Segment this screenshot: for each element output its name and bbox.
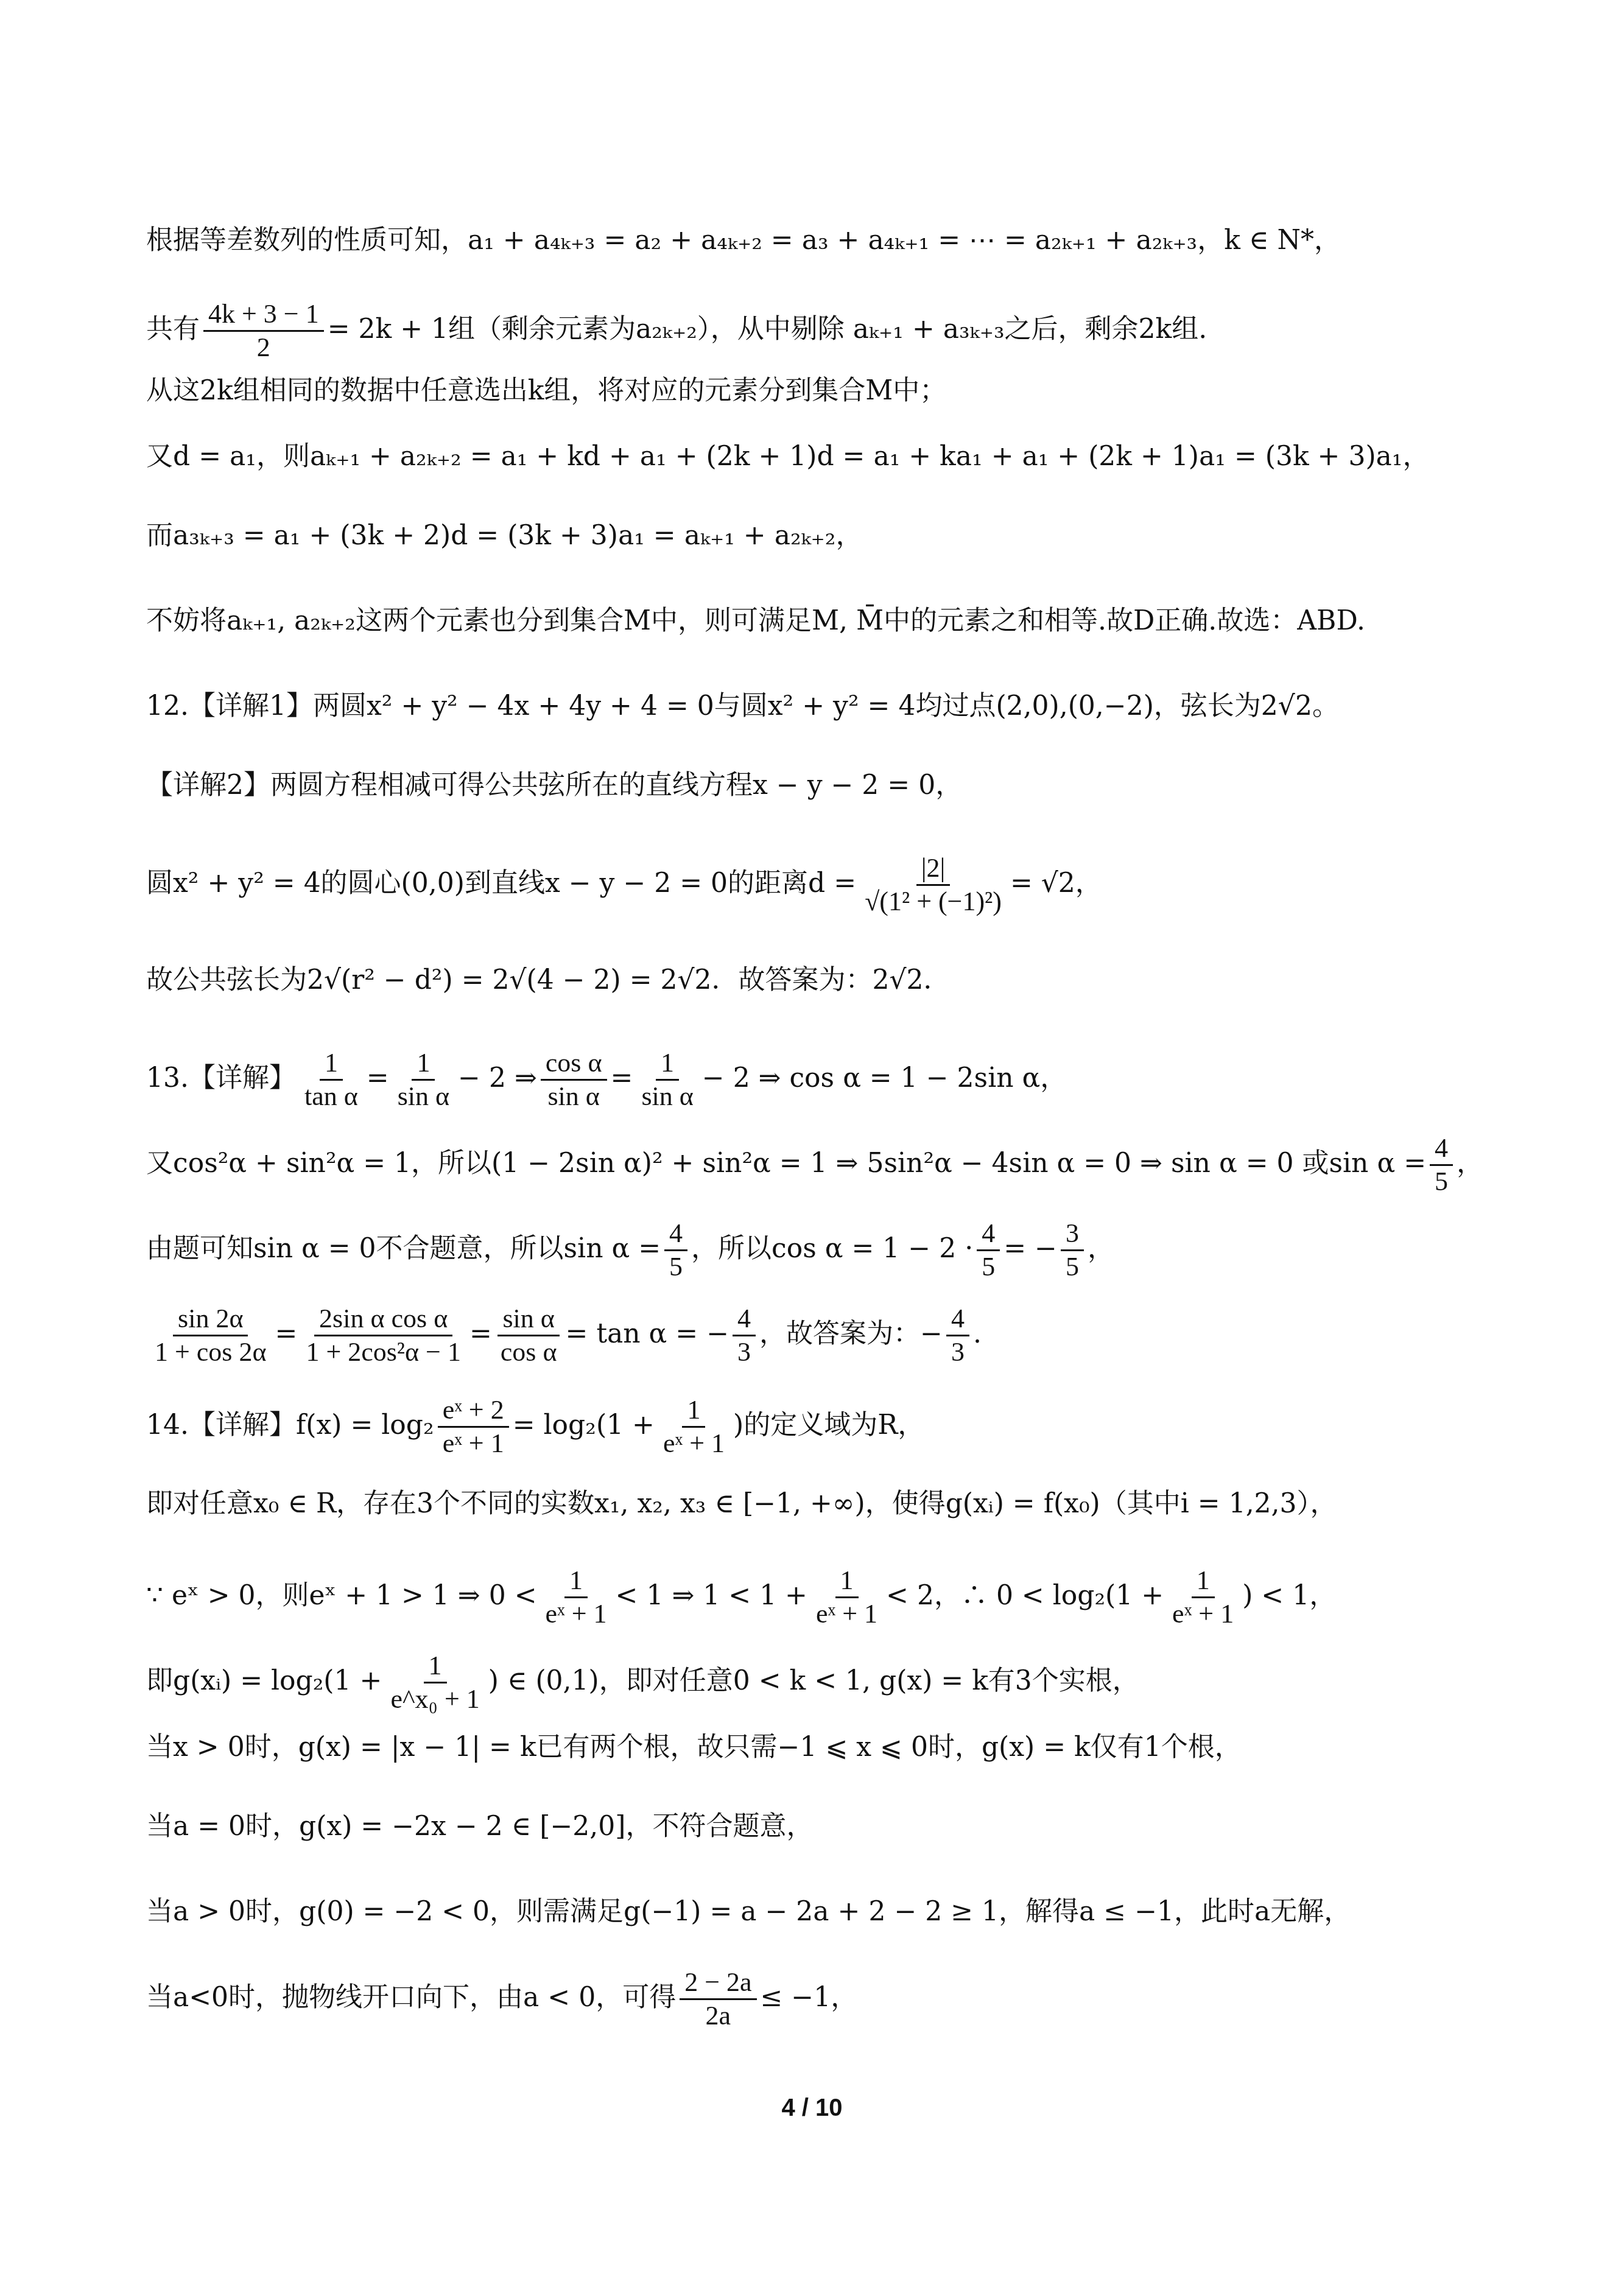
text-line-q13-identity: 又cos²α + sin²α = 1，所以(1 − 2sin α)² + sin… xyxy=(146,1132,1483,1198)
text-line-answer-abd: 不妨将aₖ₊₁, a₂ₖ₊₂这两个元素也分到集合M中，则可满足M, M̄中的元素… xyxy=(146,603,1365,639)
text: 12.【详解1】两圆x² + y² − 4x + 4y + 4 = 0与圆x² … xyxy=(146,690,1339,721)
numerator: 4 xyxy=(946,1303,969,1336)
numerator: 1 xyxy=(835,1565,859,1598)
text-line-q14-condition: 即对任意x₀ ∈ R，存在3个不同的实数x₁, x₂, x₃ ∈ [−1, +∞… xyxy=(146,1486,1337,1522)
text: 即g(xᵢ) = log₂(1 + xyxy=(146,1665,382,1696)
text: = √2， xyxy=(1010,868,1102,899)
text: − 2 ⇒ cos α = 1 − 2sin α， xyxy=(702,1062,1067,1094)
text-line-q14-x-positive: 当x > 0时，g(x) = |x − 1| = k已有两个根，故只需−1 ⩽ … xyxy=(146,1729,1242,1766)
text-line-arithmetic-property: 根据等差数列的性质可知，a₁ + a₄ₖ₊₃ = a₂ + a₄ₖ₊₂ = a₃… xyxy=(146,222,1341,259)
text: ，故答案为：− xyxy=(759,1318,943,1349)
numerator: 4 xyxy=(1430,1132,1453,1166)
text: 当a<0时，抛物线开口向下，由a < 0，可得 xyxy=(146,1982,676,2013)
text: 又cos²α + sin²α = 1，所以(1 − 2sin α)² + sin… xyxy=(146,1148,1426,1179)
text: 不妨将aₖ₊₁, a₂ₖ₊₂这两个元素也分到集合M中，则可满足M, M̄中的元素… xyxy=(146,605,1365,636)
fraction: 1tan α xyxy=(300,1047,363,1112)
denominator: 3 xyxy=(733,1336,756,1368)
numerator: |2| xyxy=(916,852,951,886)
text-line-q13-start: 13.【详解】1tan α=1sin α− 2 ⇒cos αsin α=1sin… xyxy=(146,1047,1067,1112)
numerator: eˣ + 2 xyxy=(438,1394,509,1428)
text: ≤ −1， xyxy=(761,1982,858,2013)
text: 故公共弦长为2√(r² − d²) = 2√(4 − 2) = 2√2．故答案为… xyxy=(146,964,951,995)
text: 当x > 0时，g(x) = |x − 1| = k已有两个根，故只需−1 ⩽ … xyxy=(146,1732,1242,1763)
text: 由题可知sin α = 0不合题意，所以sin α = xyxy=(146,1233,661,1264)
numerator: 4 xyxy=(733,1303,756,1336)
fraction: |2|√(1² + (−1)²) xyxy=(860,852,1007,918)
numerator: 4 xyxy=(664,1218,687,1251)
numerator: 1 xyxy=(424,1650,447,1683)
text: 即对任意x₀ ∈ R，存在3个不同的实数x₁, x₂, x₃ ∈ [−1, +∞… xyxy=(146,1488,1337,1519)
text: − 2 ⇒ xyxy=(458,1062,537,1094)
text: 从这2k组相同的数据中任意选出k组，将对应的元素分到集合M中； xyxy=(146,375,946,406)
text-line-q12-solution1: 12.【详解1】两圆x² + y² − 4x + 4y + 4 = 0与圆x² … xyxy=(146,688,1339,725)
fraction: 1e^x₀ + 1 xyxy=(385,1650,484,1715)
denominator: 5 xyxy=(1430,1166,1453,1198)
numerator: cos α xyxy=(541,1047,607,1081)
fraction: eˣ + 2eˣ + 1 xyxy=(438,1394,509,1459)
text: 当a > 0时，g(0) = −2 < 0，则需满足g(−1) = a − 2a… xyxy=(146,1896,1351,1927)
numerator: 4k + 3 − 1 xyxy=(203,298,324,332)
denominator: tan α xyxy=(300,1081,363,1112)
text: . xyxy=(973,1318,982,1349)
denominator: cos α xyxy=(496,1336,562,1368)
text-line-select-groups: 从这2k组相同的数据中任意选出k组，将对应的元素分到集合M中； xyxy=(146,373,946,409)
text: ) < 1， xyxy=(1242,1580,1336,1611)
numerator: 1 xyxy=(412,1047,435,1081)
text: 14.【详解】f(x) = log₂ xyxy=(146,1410,434,1441)
denominator: eˣ + 1 xyxy=(438,1428,509,1459)
text-line-q13-answer: sin 2α1 + cos 2α=2sin α cos α1 + 2cos²α … xyxy=(146,1303,982,1368)
numerator: 1 xyxy=(656,1047,679,1081)
fraction: 43 xyxy=(733,1303,756,1368)
denominator: eˣ + 1 xyxy=(1167,1598,1239,1630)
fraction: 1eˣ + 1 xyxy=(1167,1565,1239,1630)
text: = 2k + 1组（剩余元素为a₂ₖ₊₂），从中剔除 aₖ₊₁ + a₃ₖ₊₃之… xyxy=(328,314,1207,345)
text: ) ∈ (0,1)，即对任意0 < k < 1, g(x) = k有3个实根， xyxy=(488,1665,1139,1696)
text-line-a3k3: 而a₃ₖ₊₃ = a₁ + (3k + 2)d = (3k + 3)a₁ = a… xyxy=(146,518,862,554)
fraction: 1eˣ + 1 xyxy=(811,1565,882,1630)
text: 根据等差数列的性质可知，a₁ + a₄ₖ₊₃ = a₂ + a₄ₖ₊₂ = a₃… xyxy=(146,225,1341,256)
denominator: √(1² + (−1)²) xyxy=(860,886,1007,918)
fraction: 4k + 3 − 12 xyxy=(203,298,324,363)
numerator: 1 xyxy=(1192,1565,1215,1598)
text: = xyxy=(469,1318,492,1349)
denominator: eˣ + 1 xyxy=(658,1428,729,1459)
fraction: sin αcos α xyxy=(496,1303,562,1368)
text: ，所以cos α = 1 − 2 · xyxy=(691,1233,973,1264)
text: ∵ eˣ > 0，则eˣ + 1 > 1 ⇒ 0 < xyxy=(146,1580,537,1611)
denominator: 2 xyxy=(252,332,275,363)
text: < 1 ⇒ 1 < 1 + xyxy=(616,1580,807,1611)
fraction: cos αsin α xyxy=(541,1047,607,1112)
denominator: eˣ + 1 xyxy=(541,1598,612,1630)
denominator: 1 + 2cos²α − 1 xyxy=(301,1336,466,1368)
text: 当a = 0时，g(x) = −2x − 2 ∈ [−2,0]，不符合题意， xyxy=(146,1811,813,1842)
numerator: 1 xyxy=(564,1565,588,1598)
numerator: 2sin α cos α xyxy=(314,1303,452,1336)
text: 【详解2】两圆方程相减可得公共弦所在的直线方程x − y − 2 = 0， xyxy=(146,770,962,801)
fraction: 2sin α cos α1 + 2cos²α − 1 xyxy=(301,1303,466,1368)
denominator: 5 xyxy=(664,1251,687,1283)
text-line-q13-sin-value: 由题可知sin α = 0不合题意，所以sin α =45，所以cos α = … xyxy=(146,1218,1114,1283)
text: = xyxy=(275,1318,298,1349)
text-line-q14-a-negative: 当a<0时，抛物线开口向下，由a < 0，可得2 − 2a2a≤ −1， xyxy=(146,1967,857,2032)
numerator: 1 xyxy=(320,1047,343,1081)
text: = log₂(1 + xyxy=(513,1410,655,1441)
text-line-q14-range: ∵ eˣ > 0，则eˣ + 1 > 1 ⇒ 0 <1eˣ + 1< 1 ⇒ 1… xyxy=(146,1565,1336,1630)
numerator: 2 − 2a xyxy=(680,1967,756,2000)
text-line-group-count: 共有4k + 3 − 12= 2k + 1组（剩余元素为a₂ₖ₊₂），从中剔除 … xyxy=(146,298,1207,363)
text: 共有 xyxy=(146,314,200,345)
text-line-q12-solution2: 【详解2】两圆方程相减可得公共弦所在的直线方程x − y − 2 = 0， xyxy=(146,767,962,804)
text: 圆x² + y² = 4的圆心(0,0)到直线x − y − 2 = 0的距离d… xyxy=(146,868,856,899)
text: = − xyxy=(1004,1233,1057,1264)
text: ， xyxy=(1088,1233,1114,1264)
text: < 2，∴ 0 < log₂(1 + xyxy=(886,1580,1164,1611)
denominator: 3 xyxy=(946,1336,969,1368)
fraction: 35 xyxy=(1061,1218,1084,1283)
text: = xyxy=(611,1062,633,1094)
fraction: 45 xyxy=(977,1218,1000,1283)
text: = xyxy=(367,1062,389,1094)
text-line-q12-answer: 故公共弦长为2√(r² − d²) = 2√(4 − 2) = 2√2．故答案为… xyxy=(146,962,951,999)
fraction: 1sin α xyxy=(393,1047,454,1112)
text: 又d = a₁，则aₖ₊₁ + a₂ₖ₊₂ = a₁ + kd + a₁ + (… xyxy=(146,441,1429,472)
text-line-q14-start: 14.【详解】f(x) = log₂eˣ + 2eˣ + 1= log₂(1 +… xyxy=(146,1394,924,1459)
fraction: 1eˣ + 1 xyxy=(541,1565,612,1630)
text: 13.【详解】 xyxy=(146,1062,296,1094)
denominator: sin α xyxy=(393,1081,454,1112)
denominator: e^x₀ + 1 xyxy=(385,1683,484,1715)
text: 而a₃ₖ₊₃ = a₁ + (3k + 2)d = (3k + 3)a₁ = a… xyxy=(146,520,862,551)
text: ， xyxy=(1457,1148,1483,1179)
text: = tan α = − xyxy=(566,1318,729,1349)
numerator: 4 xyxy=(977,1218,1000,1251)
numerator: sin 2α xyxy=(173,1303,248,1336)
text: )的定义域为R， xyxy=(733,1410,924,1441)
numerator: 3 xyxy=(1061,1218,1084,1251)
denominator: 1 + cos 2α xyxy=(150,1336,272,1368)
denominator: 5 xyxy=(1061,1251,1084,1283)
text-line-q12-distance: 圆x² + y² = 4的圆心(0,0)到直线x − y − 2 = 0的距离d… xyxy=(146,852,1102,918)
page-number: 4 / 10 xyxy=(0,2094,1624,2122)
denominator: sin α xyxy=(543,1081,604,1112)
denominator: 5 xyxy=(977,1251,1000,1283)
fraction: 45 xyxy=(664,1218,687,1283)
fraction: sin 2α1 + cos 2α xyxy=(150,1303,272,1368)
text-line-q14-g-range: 即g(xᵢ) = log₂(1 +1e^x₀ + 1) ∈ (0,1)，即对任意… xyxy=(146,1650,1139,1715)
denominator: 2a xyxy=(701,2000,736,2032)
fraction: 1eˣ + 1 xyxy=(658,1394,729,1459)
fraction: 1sin α xyxy=(636,1047,698,1112)
fraction: 45 xyxy=(1430,1132,1453,1198)
fraction: 43 xyxy=(946,1303,969,1368)
denominator: eˣ + 1 xyxy=(811,1598,882,1630)
text-line-d-equals-a1: 又d = a₁，则aₖ₊₁ + a₂ₖ₊₂ = a₁ + kd + a₁ + (… xyxy=(146,438,1429,475)
denominator: sin α xyxy=(636,1081,698,1112)
text-line-q14-a-zero: 当a = 0时，g(x) = −2x − 2 ∈ [−2,0]，不符合题意， xyxy=(146,1808,813,1845)
numerator: sin α xyxy=(497,1303,559,1336)
fraction: 2 − 2a2a xyxy=(680,1967,756,2032)
text-line-q14-a-positive: 当a > 0时，g(0) = −2 < 0，则需满足g(−1) = a − 2a… xyxy=(146,1894,1351,1930)
numerator: 1 xyxy=(682,1394,705,1428)
